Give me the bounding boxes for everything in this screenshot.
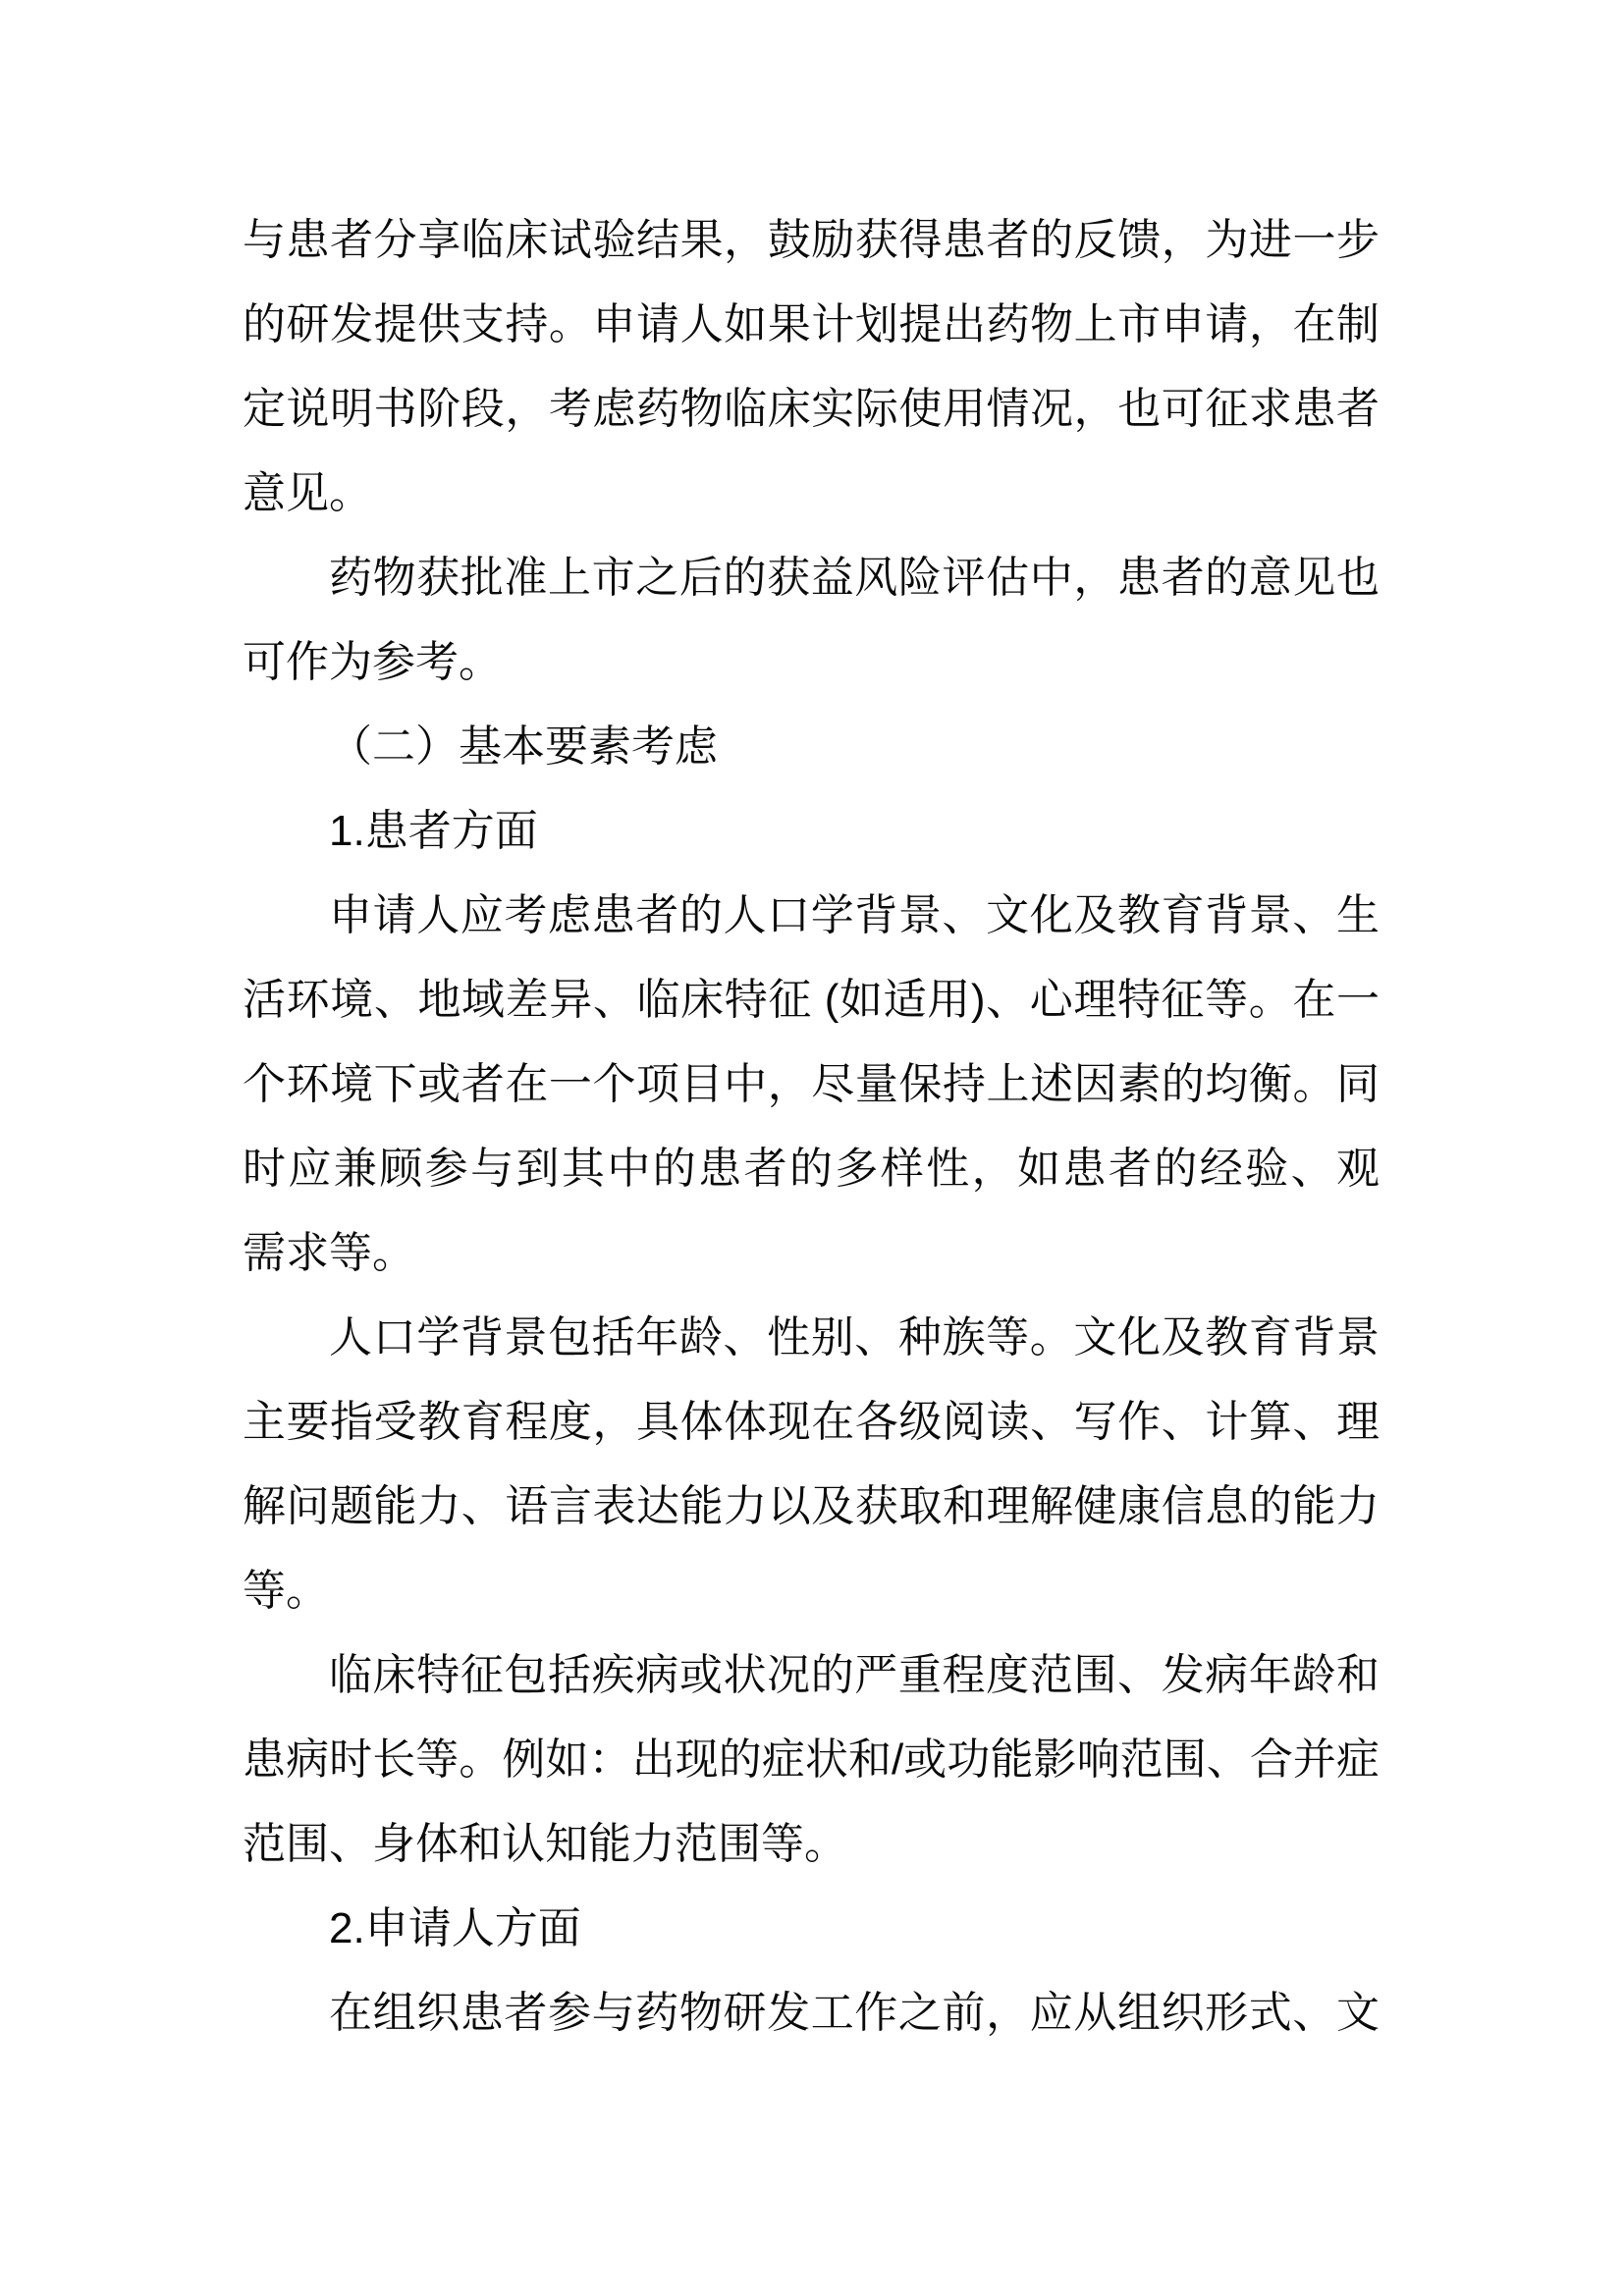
text-line: 范围、身体和认知能力范围等。 bbox=[243, 1802, 1380, 1887]
text-line: 与患者分享临床试验结果，鼓励获得患者的反馈，为进一步 bbox=[243, 198, 1380, 283]
text-line: 可作为参考。 bbox=[243, 620, 1380, 705]
text-line: 主要指受教育程度，具体体现在各级阅读、写作、计算、理 bbox=[243, 1380, 1380, 1465]
text-line: 的研发提供支持。申请人如果计划提出药物上市申请，在制 bbox=[243, 283, 1380, 367]
text-line: 意见。 bbox=[243, 452, 1380, 536]
document-text-block: 与患者分享临床试验结果，鼓励获得患者的反馈，为进一步的研发提供支持。申请人如果计… bbox=[243, 198, 1380, 2056]
text-line: 人口学背景包括年龄、性别、种族等。文化及教育背景 bbox=[243, 1296, 1380, 1380]
text-line: 活环境、地域差异、临床特征 (如适用)、心理特征等。在一 bbox=[243, 958, 1380, 1042]
text-line: 时应兼顾参与到其中的患者的多样性，如患者的经验、观点、 bbox=[243, 1127, 1380, 1211]
text-line: 个环境下或者在一个项目中，尽量保持上述因素的均衡。同 bbox=[243, 1042, 1380, 1127]
document-page: 与患者分享临床试验结果，鼓励获得患者的反馈，为进一步的研发提供支持。申请人如果计… bbox=[0, 0, 1624, 2296]
text-line: 定说明书阶段，考虑药物临床实际使用情况，也可征求患者 bbox=[243, 367, 1380, 452]
text-line: 患病时长等。例如：出现的症状和/或功能影响范围、合并症 bbox=[243, 1718, 1380, 1802]
text-line: 2.申请人方面 bbox=[243, 1887, 1380, 1971]
text-line: 需求等。 bbox=[243, 1211, 1380, 1296]
text-line: 解问题能力、语言表达能力以及获取和理解健康信息的能力 bbox=[243, 1465, 1380, 1549]
text-line: 申请人应考虑患者的人口学背景、文化及教育背景、生 bbox=[243, 874, 1380, 958]
text-line: （二）基本要素考虑 bbox=[243, 705, 1380, 789]
text-line: 药物获批准上市之后的获益风险评估中，患者的意见也 bbox=[243, 536, 1380, 620]
text-line: 等。 bbox=[243, 1549, 1380, 1633]
text-line: 在组织患者参与药物研发工作之前，应从组织形式、文 bbox=[243, 1971, 1380, 2056]
text-line: 临床特征包括疾病或状况的严重程度范围、发病年龄和 bbox=[243, 1633, 1380, 1718]
text-line: 1.患者方面 bbox=[243, 789, 1380, 874]
